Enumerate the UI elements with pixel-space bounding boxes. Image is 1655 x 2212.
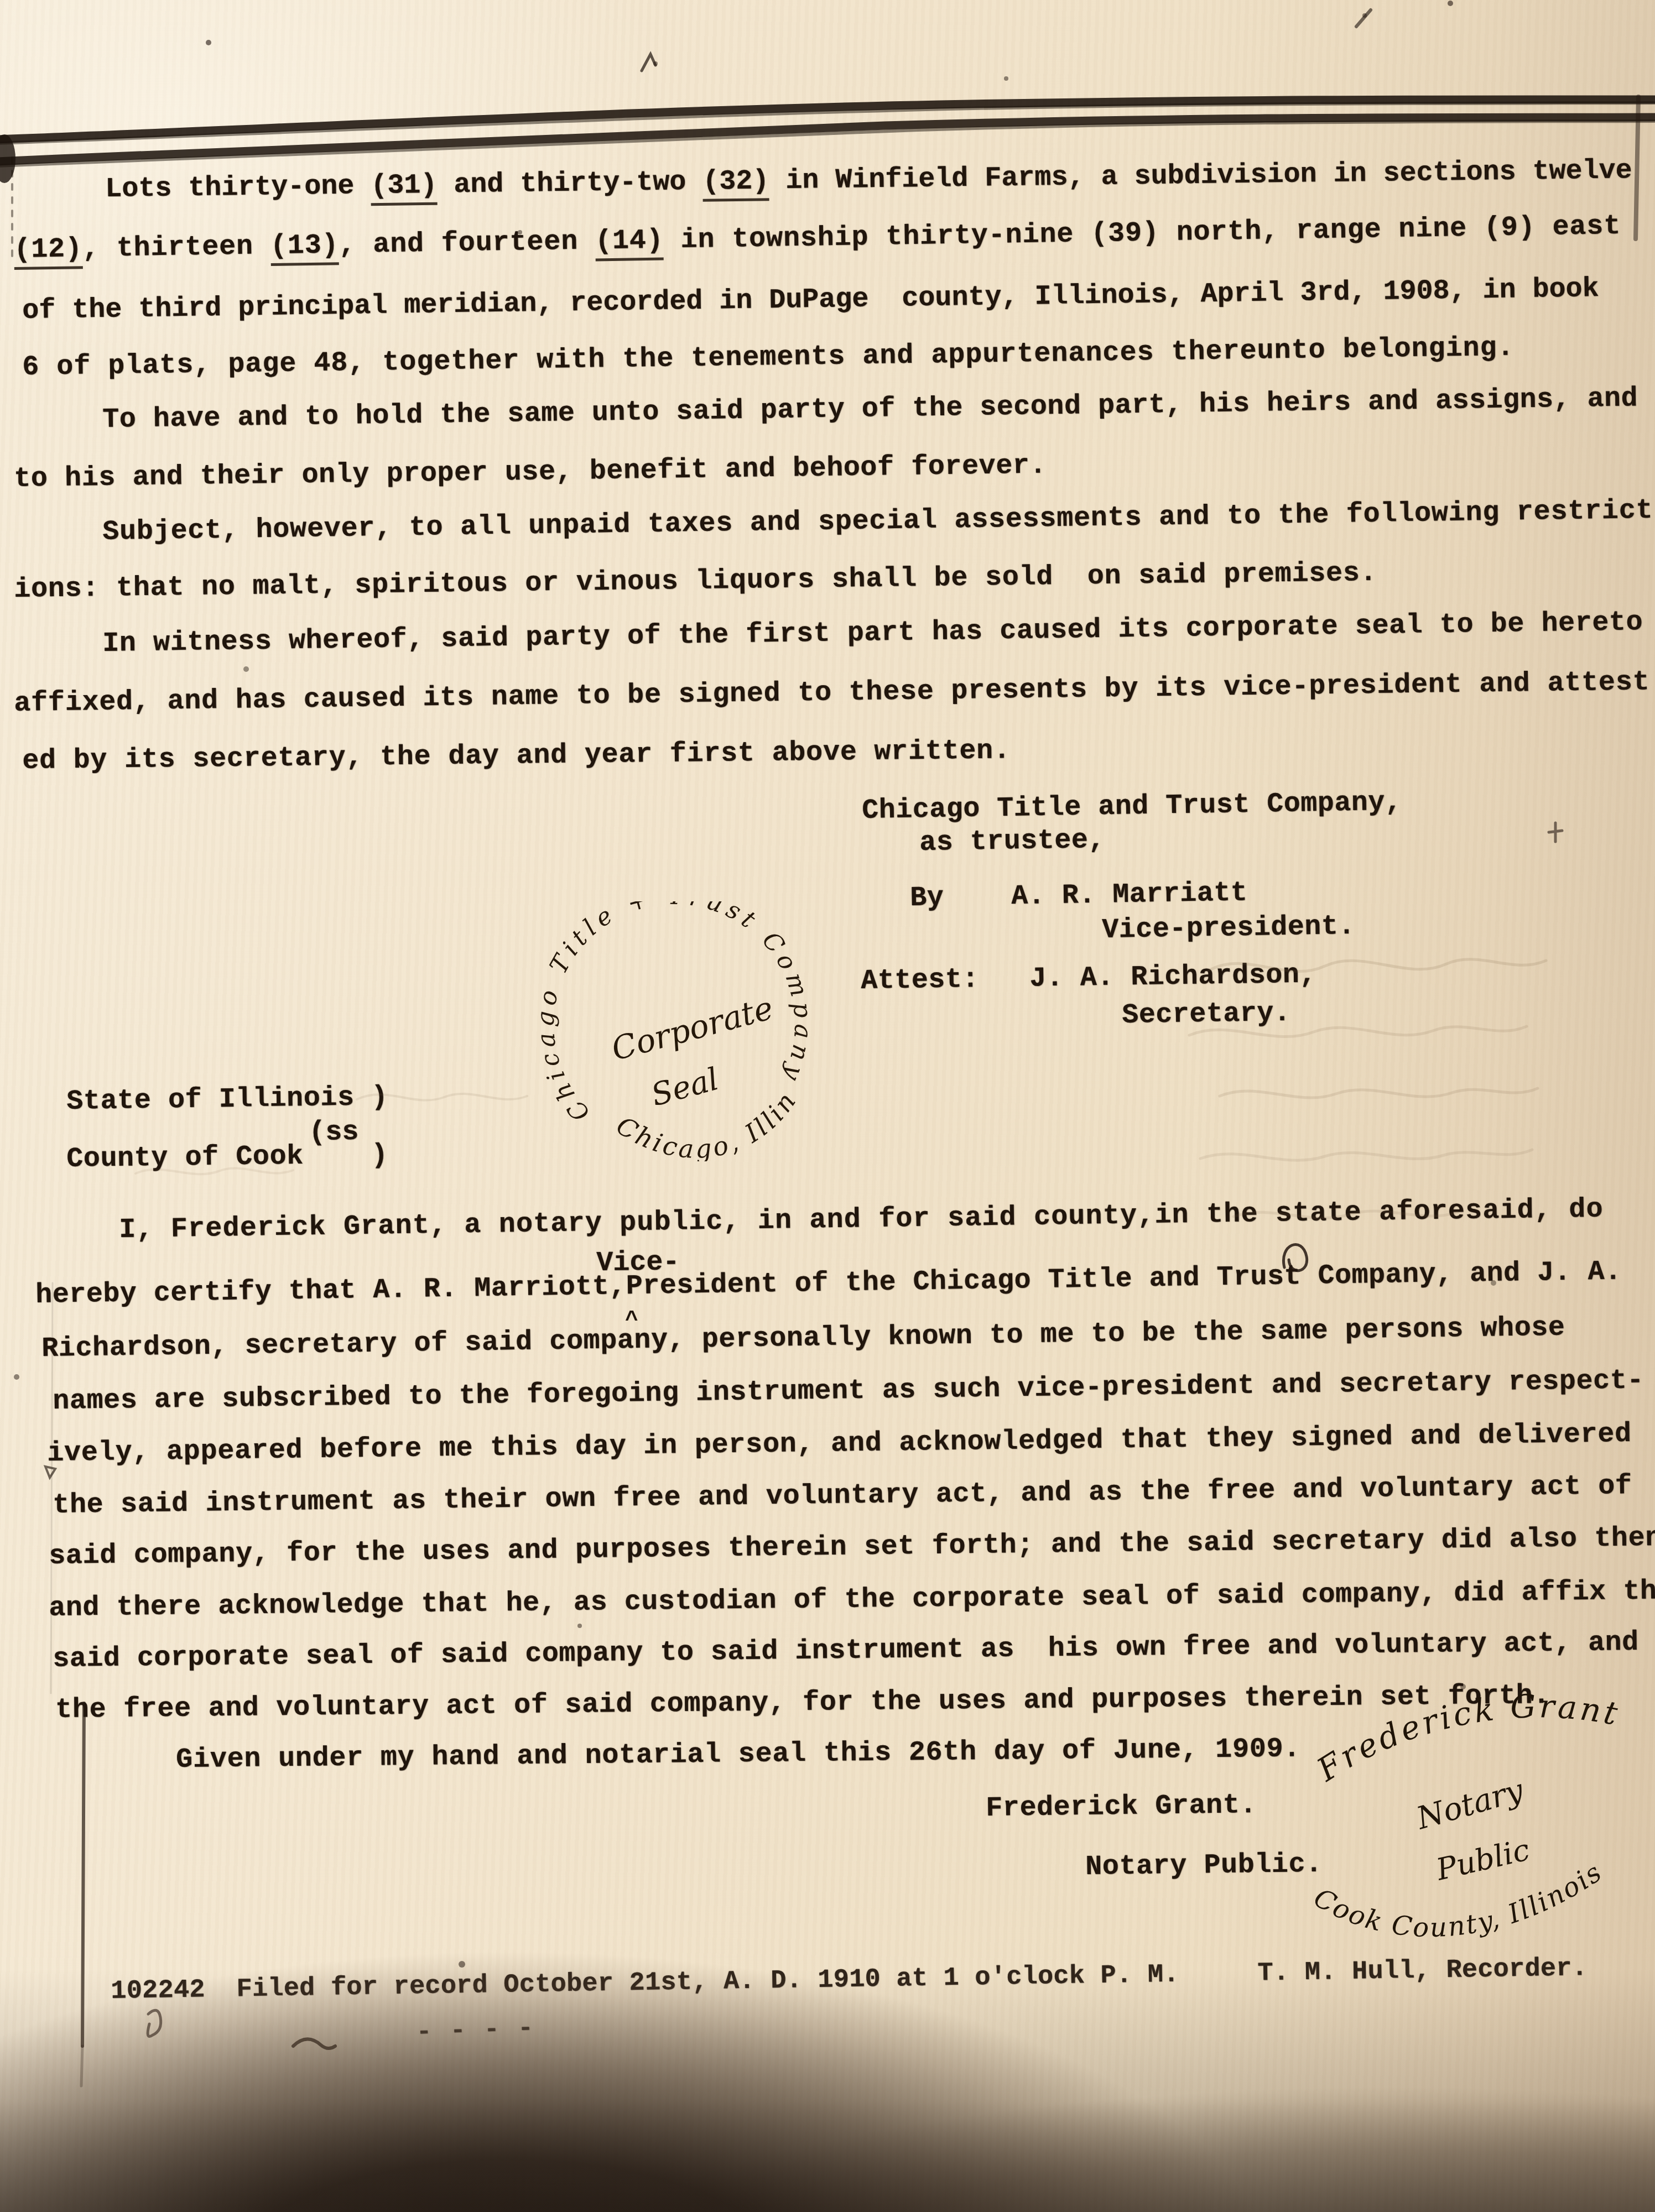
- tilde-mark: [293, 2039, 335, 2048]
- handwritten-curl-over-company: [1283, 1245, 1307, 1271]
- left-margin-arrow-mark: [45, 1467, 55, 1478]
- lower-left-rule-line: [82, 1703, 84, 2046]
- right-edge-line: [1636, 97, 1638, 239]
- left-crease-line: [51, 1283, 53, 1693]
- deed-document-photo: Lots thirty-one (31) and thirty-two (32)…: [0, 0, 1655, 2212]
- bleed-through-handwriting: [136, 959, 1546, 1218]
- ink-specks: [14, 1, 1496, 1968]
- stray-marks-layer: [0, 0, 1655, 2212]
- four-like-speck: [1549, 823, 1562, 842]
- squiggle-mark: [148, 2010, 161, 2036]
